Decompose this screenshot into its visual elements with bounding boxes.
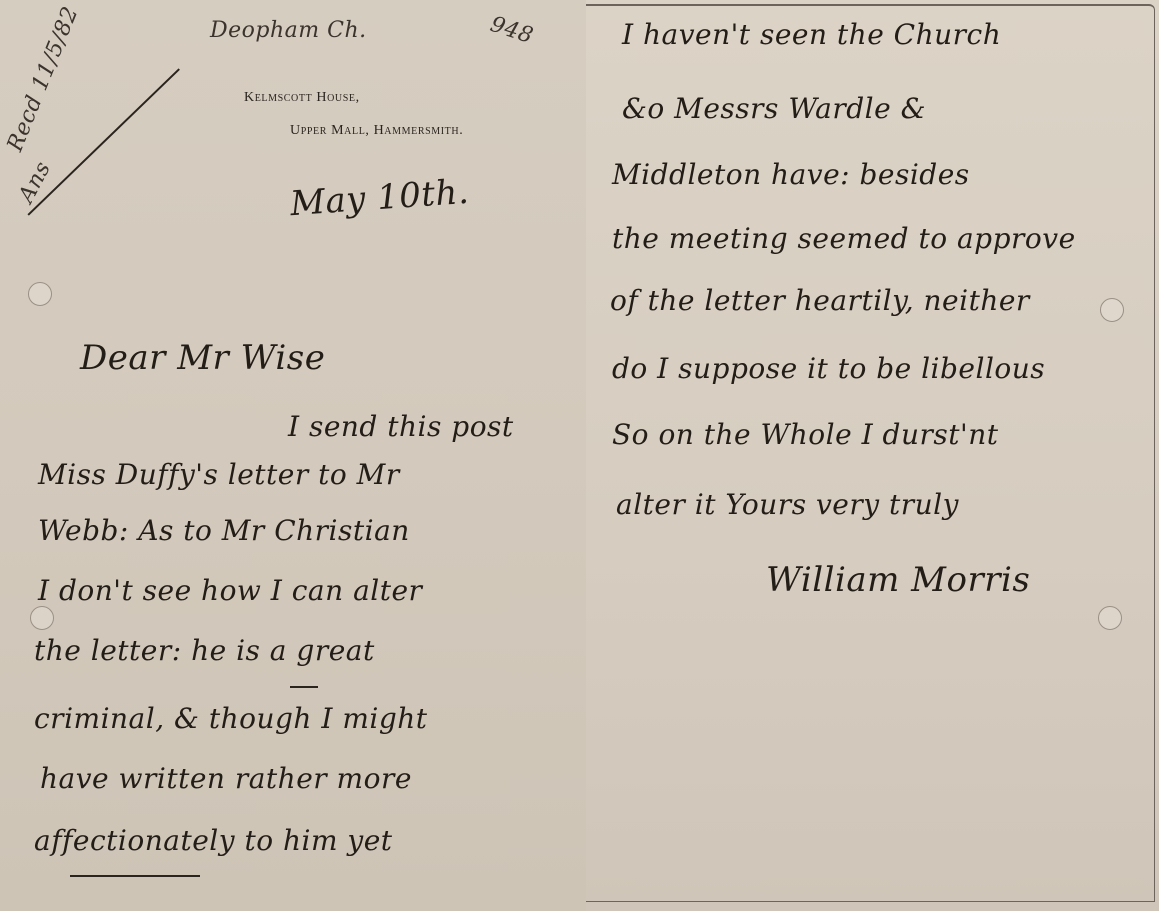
folio-number: 948: [487, 12, 536, 49]
letterhead-line-1: Kelmscott House,: [244, 90, 360, 106]
body-line: I don't see how I can alter: [38, 574, 422, 607]
body-line: Miss Duffy's letter to Mr: [38, 458, 400, 491]
body-line: do I suppose it to be libellous: [612, 352, 1045, 385]
punch-hole: [1100, 298, 1124, 322]
body-line: I send this post: [288, 410, 514, 443]
underline-affectionately: [70, 875, 200, 877]
punch-hole: [1098, 606, 1122, 630]
letter-page-left: Recd 11/5/82 Ans Deopham Ch. 948 Kelmsco…: [0, 0, 587, 911]
punch-hole: [28, 282, 52, 306]
punch-hole: [30, 606, 54, 630]
signature: William Morris: [766, 560, 1030, 600]
body-line: alter it Yours very truly: [616, 488, 959, 521]
body-line: of the letter heartily, neither: [610, 284, 1030, 317]
page-border: [586, 4, 1155, 902]
body-line: affectionately to him yet: [34, 824, 393, 857]
archive-note: Deopham Ch.: [210, 18, 367, 43]
body-line: So on the Whole I durst'nt: [612, 418, 999, 451]
letterhead-line-2: Upper Mall, Hammersmith.: [290, 123, 463, 139]
body-line: criminal, & though I might: [34, 702, 428, 735]
salutation: Dear Mr Wise: [80, 338, 325, 378]
body-line: have written rather more: [40, 762, 412, 795]
answered-note: Ans: [14, 157, 56, 207]
body-line: Middleton have: besides: [612, 158, 970, 191]
body-line: &o Messrs Wardle &: [622, 92, 926, 125]
body-line: the meeting seemed to approve: [612, 222, 1076, 255]
body-line: Webb: As to Mr Christian: [38, 514, 410, 547]
underline-is: [290, 686, 318, 688]
body-line: the letter: he is a great: [34, 634, 375, 667]
letter-date: May 10th.: [289, 172, 471, 224]
letter-page-right: I haven't seen the Church &o Messrs Ward…: [586, 0, 1159, 911]
body-line: I haven't seen the Church: [622, 18, 1001, 51]
received-note: Recd 11/5/82: [3, 3, 84, 155]
